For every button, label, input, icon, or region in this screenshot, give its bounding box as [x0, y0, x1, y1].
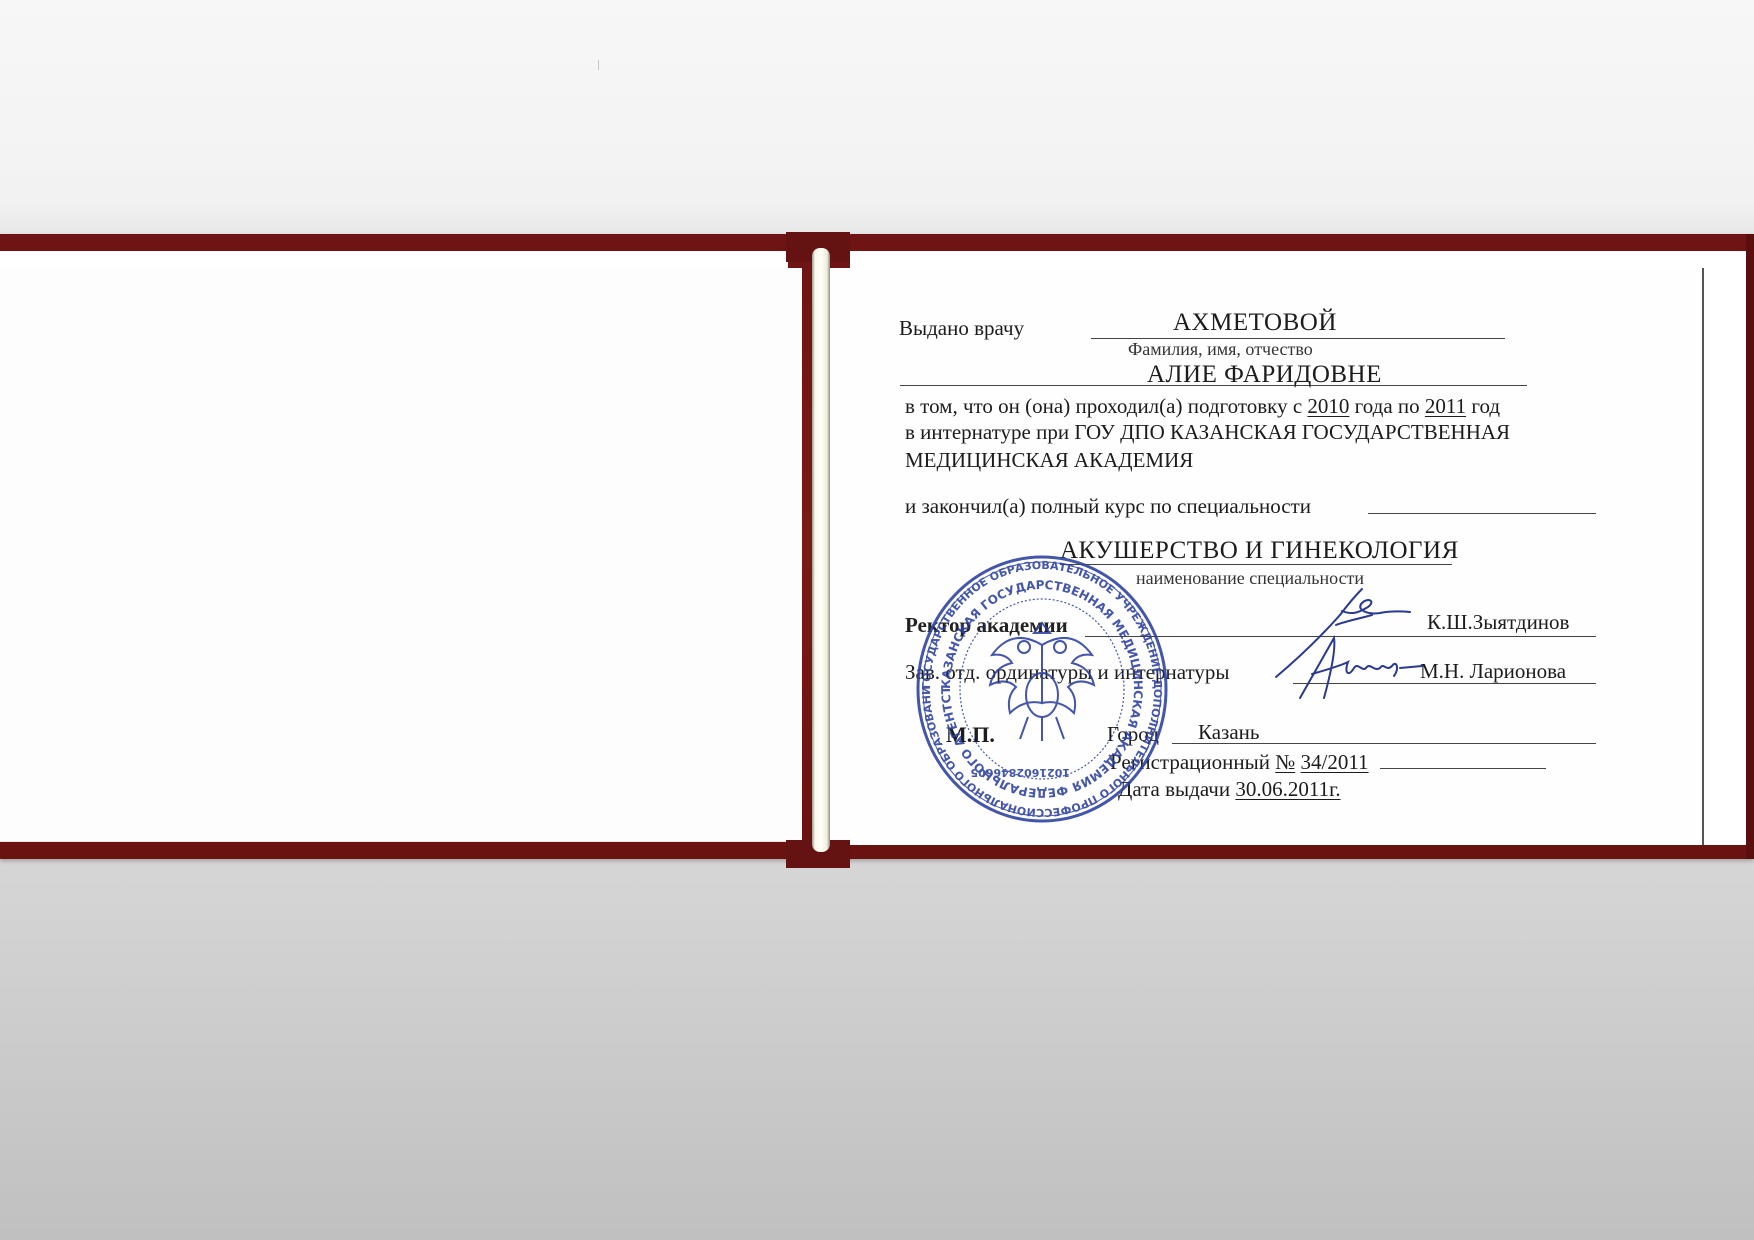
specialty-blank-line [1368, 513, 1596, 514]
official-stamp-icon: ГОСУДАРСТВЕННОЕ ОБРАЗОВАТЕЛЬНОЕ УЧРЕЖДЕН… [916, 555, 1168, 823]
year-to: 2011 [1425, 394, 1466, 418]
year-from: 2010 [1307, 394, 1349, 418]
rector-name: К.Ш.Зыятдинов [1427, 610, 1569, 635]
city: Казань [1198, 720, 1259, 745]
institution-line-1: в интернатуре при ГОУ ДПО КАЗАНСКАЯ ГОСУ… [905, 420, 1510, 445]
date-value: 30.06.2011г. [1235, 777, 1340, 801]
institution-line-2: МЕДИЦИНСКАЯ АКАДЕМИЯ [905, 448, 1193, 473]
reg-line [1380, 768, 1546, 769]
training-suffix: год [1471, 394, 1500, 418]
fio-caption: Фамилия, имя, отчество [1128, 339, 1313, 360]
name-patronymic: АЛИЕ ФАРИДОВНЕ [1147, 361, 1382, 389]
completed-label: и закончил(а) полный курс по специальнос… [905, 494, 1311, 519]
certificate-content: Выдано врачу АХМЕТОВОЙ Фамилия, имя, отч… [0, 0, 1754, 1240]
training-middle: года по [1355, 394, 1420, 418]
reg-number-sign: № [1275, 750, 1295, 774]
reg-number: 34/2011 [1301, 750, 1369, 774]
head-name: М.Н. Ларионова [1420, 659, 1566, 684]
training-prefix: в том, что он (она) проходил(а) подготов… [905, 394, 1302, 418]
issued-to-label: Выдано врачу [899, 316, 1024, 341]
training-period: в том, что он (она) проходил(а) подготов… [905, 394, 1500, 419]
head-signature-icon [1290, 628, 1430, 708]
stamp-code: 1021602846605 [971, 766, 1071, 779]
surname: АХМЕТОВОЙ [1173, 309, 1337, 337]
